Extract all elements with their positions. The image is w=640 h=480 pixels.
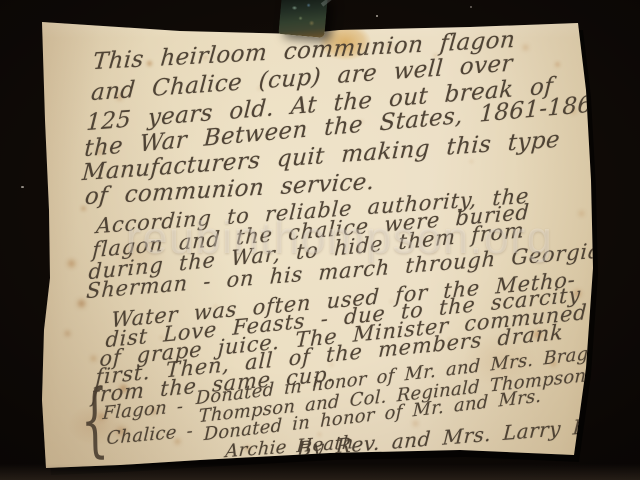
hanging-clip (278, 0, 327, 38)
flagon-label: Flagon - (102, 397, 184, 424)
site-watermark: reubinthompson.org (126, 212, 553, 264)
chalice-label: Chalice - (106, 421, 194, 449)
photo-of-handwritten-note: This heirloom communion flagon and Chali… (0, 0, 640, 480)
dust-speck (376, 15, 378, 17)
dust-speck (470, 6, 472, 8)
foxing-stains (0, 0, 3, 3)
dust-speck (21, 186, 24, 188)
note-paper: This heirloom communion flagon and Chali… (0, 0, 640, 480)
